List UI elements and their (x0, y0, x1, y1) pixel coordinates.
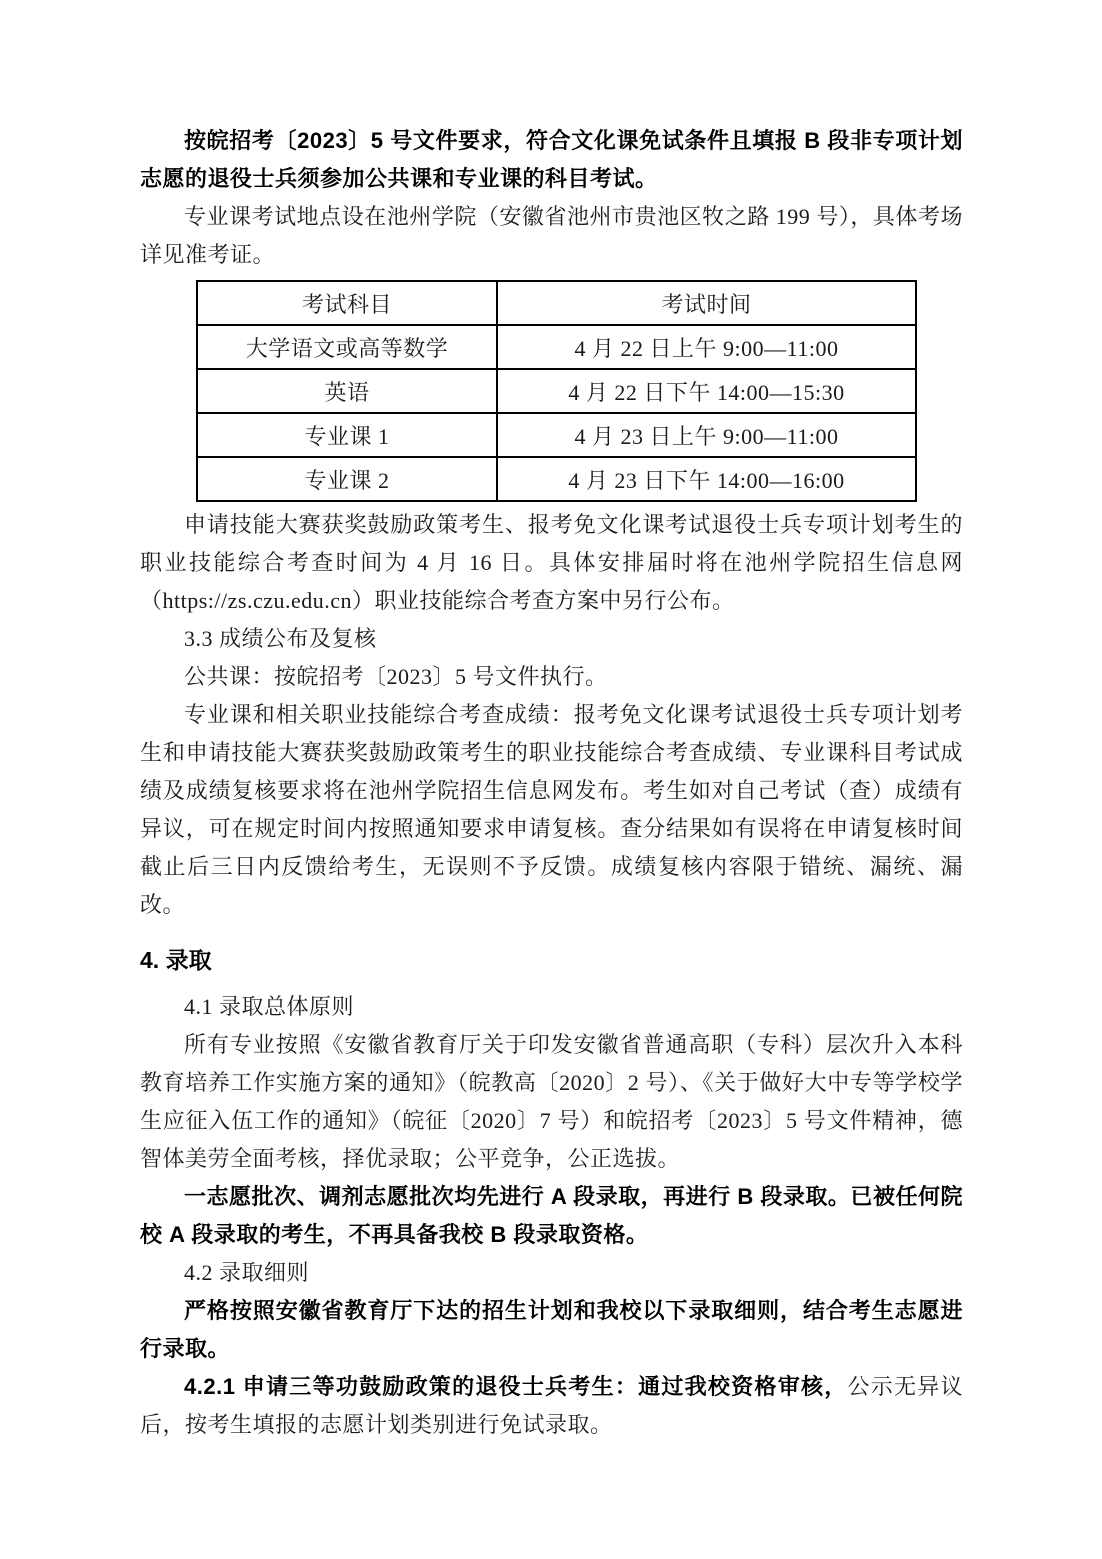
heading-3-3-score-publication: 3.3 成绩公布及复核 (140, 620, 963, 658)
table-cell-time: 4 月 23 日下午 14:00—16:00 (497, 457, 916, 501)
heading-4-admission: 4. 录取 (140, 940, 963, 980)
table-cell-time: 4 月 22 日上午 9:00—11:00 (497, 325, 916, 369)
heading-4-1-general-principles: 4.1 录取总体原则 (140, 988, 963, 1026)
table-header-row: 考试科目 考试时间 (197, 281, 916, 325)
table-cell-subject: 大学语文或高等数学 (197, 325, 497, 369)
para-score-review: 专业课和相关职业技能综合考查成绩：报考免文化课考试退役士兵专项计划考生和申请技能… (140, 696, 963, 924)
para-admission-principle: 所有专业按照《安徽省教育厅关于印发安徽省普通高职（专科）层次升入本科教育培养工作… (140, 1026, 963, 1178)
para-4-2-1-merit-veterans: 4.2.1 申请三等功鼓励政策的退役士兵考生：通过我校资格审核，公示无异议后，按… (140, 1368, 963, 1444)
para-4-2-1-bold-segment: 4.2.1 申请三等功鼓励政策的退役士兵考生：通过我校资格审核， (184, 1374, 847, 1399)
para-exam-location: 专业课考试地点设在池州学院（安徽省池州市贵池区牧之路 199 号），具体考场详见… (140, 198, 963, 274)
heading-4-2-admission-details: 4.2 录取细则 (140, 1254, 963, 1292)
exam-schedule-table: 考试科目 考试时间 大学语文或高等数学 4 月 22 日上午 9:00—11:0… (196, 280, 917, 502)
para-strict-rule: 严格按照安徽省教育厅下达的招生计划和我校以下录取细则，结合考生志愿进行录取。 (140, 1292, 963, 1368)
table-cell-subject: 英语 (197, 369, 497, 413)
table-header-subject: 考试科目 (197, 281, 497, 325)
table-cell-time: 4 月 22 日下午 14:00—15:30 (497, 369, 916, 413)
para-skill-assessment: 申请技能大赛获奖鼓励政策考生、报考免文化课考试退役士兵专项计划考生的职业技能综合… (140, 506, 963, 620)
table-row: 专业课 1 4 月 23 日上午 9:00—11:00 (197, 413, 916, 457)
para-free-exam-requirement: 按皖招考〔2023〕5 号文件要求，符合文化课免试条件且填报 B 段非专项计划志… (140, 122, 963, 198)
table-header-time: 考试时间 (497, 281, 916, 325)
para-batch-rule: 一志愿批次、调剂志愿批次均先进行 A 段录取，再进行 B 段录取。已被任何院校 … (140, 1178, 963, 1254)
table-cell-subject: 专业课 1 (197, 413, 497, 457)
table-row: 大学语文或高等数学 4 月 22 日上午 9:00—11:00 (197, 325, 916, 369)
table-row: 专业课 2 4 月 23 日下午 14:00—16:00 (197, 457, 916, 501)
table-cell-subject: 专业课 2 (197, 457, 497, 501)
para-public-course: 公共课：按皖招考〔2023〕5 号文件执行。 (140, 658, 963, 696)
document-page: 按皖招考〔2023〕5 号文件要求，符合文化课免试条件且填报 B 段非专项计划志… (0, 0, 1102, 1559)
table-row: 英语 4 月 22 日下午 14:00—15:30 (197, 369, 916, 413)
table-cell-time: 4 月 23 日上午 9:00—11:00 (497, 413, 916, 457)
